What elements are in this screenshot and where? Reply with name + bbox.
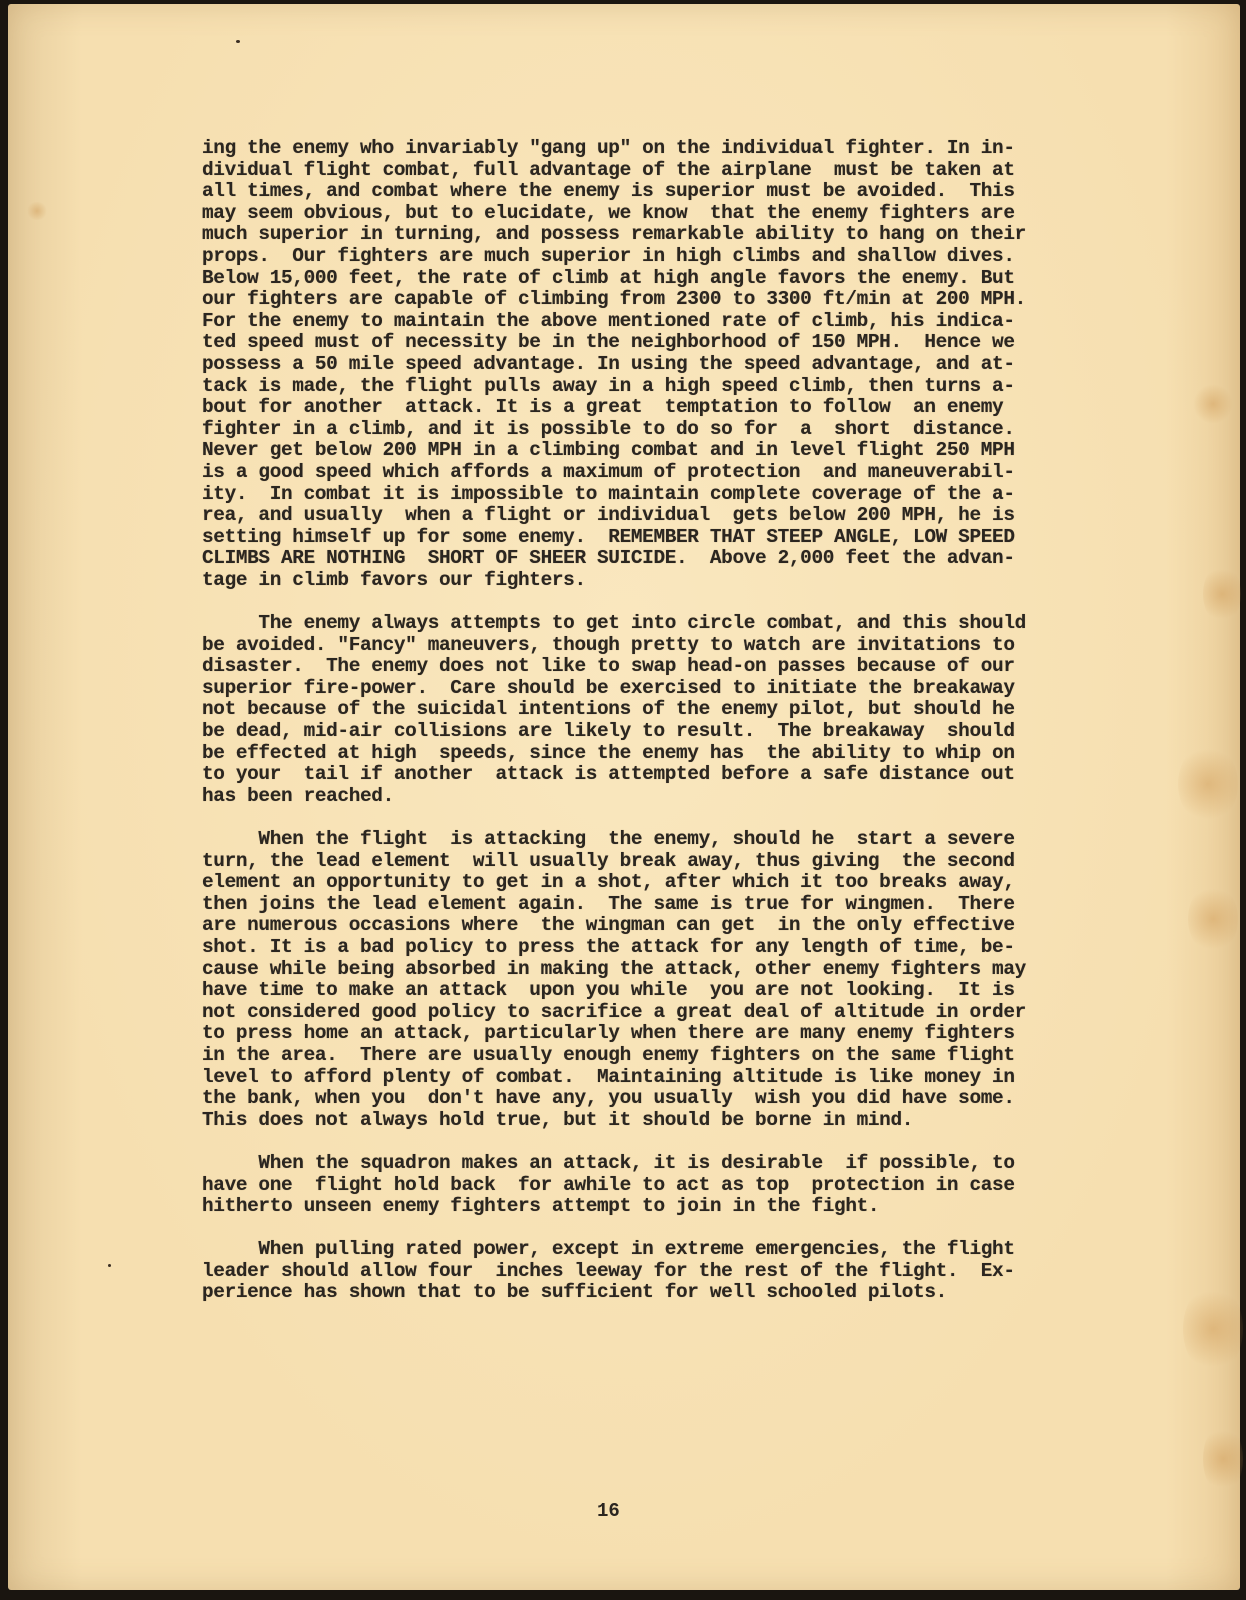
paragraph-4: When the squadron makes an attack, it is… [202, 1153, 1042, 1218]
page-number: 16 [597, 1500, 620, 1522]
text-line: For the enemy to maintain the above ment… [202, 311, 1042, 333]
text-line: the bank, when you don't have any, you u… [202, 1088, 1042, 1110]
text-line: Below 15,000 feet, the rate of climb at … [202, 268, 1042, 290]
text-line: tack is made, the flight pulls away in a… [202, 376, 1042, 398]
text-line: When the squadron makes an attack, it is… [202, 1153, 1042, 1175]
text-line: is a good speed which affords a maximum … [202, 462, 1042, 484]
text-line: rea, and usually when a flight or indivi… [202, 505, 1042, 527]
text-line: dividual flight combat, full advantage o… [202, 160, 1042, 182]
paper-stain [1183, 1284, 1243, 1374]
text-line: bout for another attack. It is a great t… [202, 397, 1042, 419]
text-line: has been reached. [202, 786, 1042, 808]
text-line: to your tail if another attack is attemp… [202, 764, 1042, 786]
text-line: are numerous occasions where the wingman… [202, 915, 1042, 937]
text-line: Never get below 200 MPH in a climbing co… [202, 440, 1042, 462]
text-line: ity. In combat it is impossible to maint… [202, 484, 1042, 506]
text-line: fighter in a climb, and it is possible t… [202, 419, 1042, 441]
paragraph-2: The enemy always attempts to get into ci… [202, 613, 1042, 807]
text-line: props. Our fighters are much superior in… [202, 246, 1042, 268]
text-line: not considered good policy to sacrifice … [202, 1002, 1042, 1024]
text-line: may seem obvious, but to elucidate, we k… [202, 203, 1042, 225]
text-line: The enemy always attempts to get into ci… [202, 613, 1042, 635]
text-line: turn, the lead element will usually brea… [202, 851, 1042, 873]
text-line: have one flight hold back for awhile to … [202, 1175, 1042, 1197]
paragraph-1: ing the enemy who invariably "gang up" o… [202, 138, 1042, 591]
text-line: to press home an attack, particularly wh… [202, 1023, 1042, 1045]
ink-speck [236, 40, 240, 43]
text-line: When pulling rated power, except in extr… [202, 1239, 1042, 1261]
text-line: have time to make an attack upon you whi… [202, 980, 1042, 1002]
text-line: CLIMBS ARE NOTHING SHORT OF SHEER SUICID… [202, 548, 1042, 570]
text-line: our fighters are capable of climbing fro… [202, 289, 1042, 311]
paper-stain [1193, 384, 1233, 424]
text-line: leader should allow four inches leeway f… [202, 1261, 1042, 1283]
text-line: setting himself up for some enemy. REMEM… [202, 527, 1042, 549]
paper-stain [1203, 1424, 1243, 1494]
paper-stain [26, 202, 48, 220]
text-line: shot. It is a bad policy to press the at… [202, 937, 1042, 959]
paper-stain [1203, 564, 1241, 624]
text-line: be dead, mid-air collisions are likely t… [202, 721, 1042, 743]
text-line: be avoided. "Fancy" maneuvers, though pr… [202, 635, 1042, 657]
text-line: possess a 50 mile speed advantage. In us… [202, 354, 1042, 376]
text-line: all times, and combat where the enemy is… [202, 181, 1042, 203]
paragraph-3: When the flight is attacking the enemy, … [202, 829, 1042, 1131]
text-line: perience has shown that to be sufficient… [202, 1282, 1042, 1304]
typewritten-body: ing the enemy who invariably "gang up" o… [202, 138, 1042, 1326]
paper-stain [1178, 744, 1238, 824]
text-line: element an opportunity to get in a shot,… [202, 872, 1042, 894]
text-line: in the area. There are usually enough en… [202, 1045, 1042, 1067]
text-line: hitherto unseen enemy fighters attempt t… [202, 1196, 1042, 1218]
text-line: disaster. The enemy does not like to swa… [202, 656, 1042, 678]
text-line: not because of the suicidal intentions o… [202, 699, 1042, 721]
text-line: then joins the lead element again. The s… [202, 894, 1042, 916]
paper-stain [1188, 884, 1238, 954]
text-line: tage in climb favors our fighters. [202, 570, 1042, 592]
ink-speck [108, 1264, 111, 1267]
text-line: ted speed must of necessity be in the ne… [202, 332, 1042, 354]
text-line: When the flight is attacking the enemy, … [202, 829, 1042, 851]
text-line: much superior in turning, and possess re… [202, 224, 1042, 246]
paragraph-5: When pulling rated power, except in extr… [202, 1239, 1042, 1304]
text-line: ing the enemy who invariably "gang up" o… [202, 138, 1042, 160]
text-line: level to afford plenty of combat. Mainta… [202, 1067, 1042, 1089]
text-line: be effected at high speeds, since the en… [202, 743, 1042, 765]
text-line: This does not always hold true, but it s… [202, 1110, 1042, 1132]
text-line: superior fire-power. Care should be exer… [202, 678, 1042, 700]
text-line: cause while being absorbed in making the… [202, 959, 1042, 981]
